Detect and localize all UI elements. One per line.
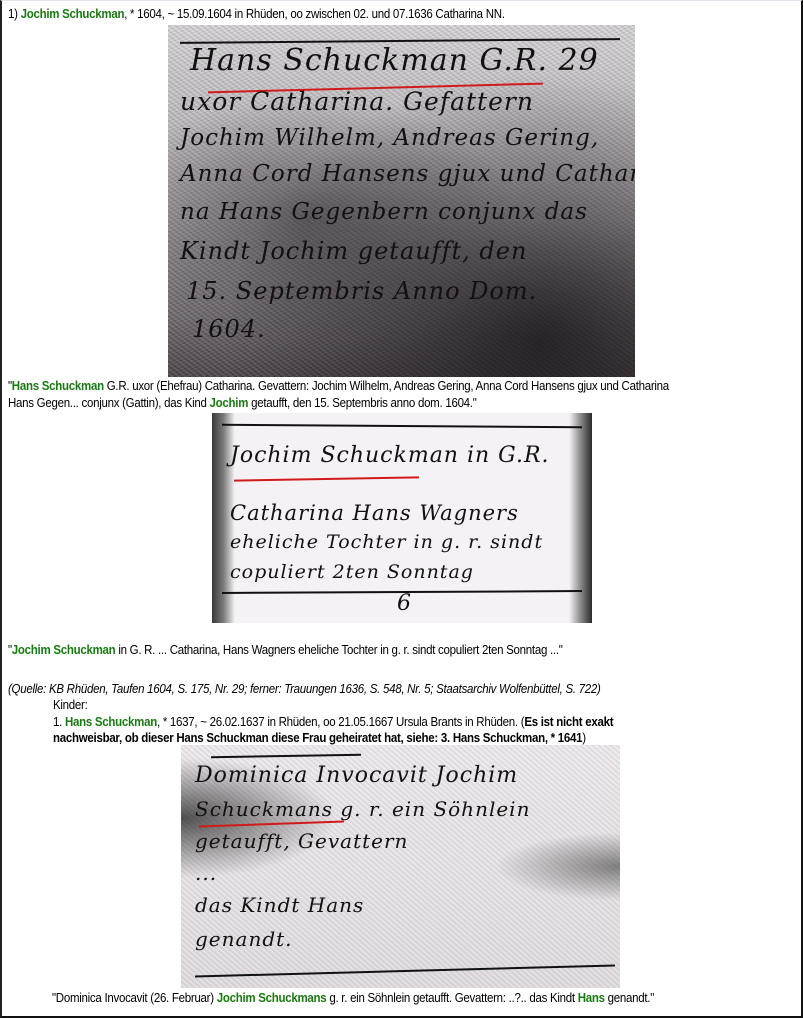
scan-line: Kindt Jochim getaufft, den	[180, 237, 635, 265]
scan-line: ...	[195, 861, 620, 885]
scan-line: Hans Schuckman G.R. 29	[190, 43, 635, 78]
caption-text: genandt."	[605, 991, 654, 1005]
scan-line: uxor Catharina. Gefattern	[180, 87, 635, 116]
scan-line: Schuckmans g. r. ein Söhnlein	[195, 797, 620, 821]
entry-header: 1) Jochim Schuckman, * 1604, ~ 15.09.160…	[8, 7, 505, 21]
scan-line: das Kindt Hans	[195, 893, 620, 917]
child-entry-1: 1. Hans Schuckman, * 1637, ~ 26.02.1637 …	[53, 715, 613, 729]
scan-line: Jochim Schuckman in G.R.	[230, 443, 592, 468]
child-entry-1-line2: nachweisbar, ob dieser Hans Schuckman di…	[53, 731, 586, 745]
caption-text: in G. R. ... Catharina, Hans Wagners ehe…	[115, 643, 562, 657]
child-details: , * 1637, ~ 26.02.1637 in Rhüden, oo 21.…	[157, 715, 524, 729]
scan-line: 6	[397, 591, 592, 616]
caption-text: g. r. ein Söhnlein getaufft. Gevattern: …	[326, 991, 577, 1005]
scan-line: na Hans Gegenbern conjunx das	[180, 199, 635, 225]
baptism-record-scan-1637: Dominica Invocavit Jochim Schuckmans g. …	[181, 745, 620, 988]
children-heading: Kinder:	[53, 698, 88, 712]
person-name-link[interactable]: Jochim Schuckman	[12, 643, 116, 657]
person-name-link[interactable]: Jochim Schuckman	[21, 7, 125, 21]
child-name-link[interactable]: Jochim	[210, 396, 249, 410]
scan-line: getaufft, Gevattern	[195, 829, 620, 853]
scan-line: Jochim Wilhelm, Andreas Gering,	[180, 125, 635, 151]
baptism-record-scan-1604: Hans Schuckman G.R. 29 uxor Catharina. G…	[168, 25, 635, 377]
marriage-record-scan-1636: Jochim Schuckman in G.R. Catharina Hans …	[212, 413, 592, 623]
scan-line: 1604.	[192, 315, 635, 343]
caption-text: "Dominica Invocavit (26. Februar)	[52, 991, 217, 1005]
child-name-link[interactable]: Hans	[578, 991, 605, 1005]
scan-line: Anna Cord Hansens gjux und Cathari-	[180, 161, 635, 187]
scan-line: genandt.	[195, 927, 620, 951]
scan-line: copuliert 2ten Sonntag	[230, 561, 592, 583]
caption-baptism-1637: "Dominica Invocavit (26. Februar) Jochim…	[52, 991, 654, 1005]
person-name-link[interactable]: Hans Schuckman	[12, 379, 104, 393]
entry-number: 1)	[8, 7, 18, 21]
child-note: nachweisbar, ob dieser Hans Schuckman di…	[53, 731, 582, 745]
caption-baptism-1604: "Hans Schuckman G.R. uxor (Ehefrau) Cath…	[8, 379, 669, 393]
scan-line: Dominica Invocavit Jochim	[195, 763, 620, 788]
scan-line: eheliche Tochter in g. r. sindt	[230, 531, 592, 553]
scan-line: 15. Septembris Anno Dom.	[186, 277, 635, 305]
entry-details: , * 1604, ~ 15.09.1604 in Rhüden, oo zwi…	[124, 7, 504, 21]
person-name-link[interactable]: Hans Schuckman	[65, 715, 157, 729]
caption-marriage-1636: "Jochim Schuckman in G. R. ... Catharina…	[8, 643, 563, 657]
caption-baptism-1604-line2: Hans Gegen... conjunx (Gattin), das Kind…	[8, 396, 477, 410]
paren-close: )	[582, 731, 586, 745]
source-citation: (Quelle: KB Rhüden, Taufen 1604, S. 175,…	[8, 682, 601, 696]
person-name-link[interactable]: Jochim Schuckmans	[217, 991, 327, 1005]
caption-text: Hans Gegen... conjunx (Gattin), das Kind	[8, 396, 210, 410]
child-number: 1.	[53, 715, 65, 729]
caption-text: getaufft, den 15. Septembris anno dom. 1…	[248, 396, 476, 410]
child-note: Es ist nicht exakt	[524, 715, 613, 729]
scan-line: Catharina Hans Wagners	[230, 501, 592, 525]
caption-text: G.R. uxor (Ehefrau) Catharina. Gevattern…	[104, 379, 669, 393]
